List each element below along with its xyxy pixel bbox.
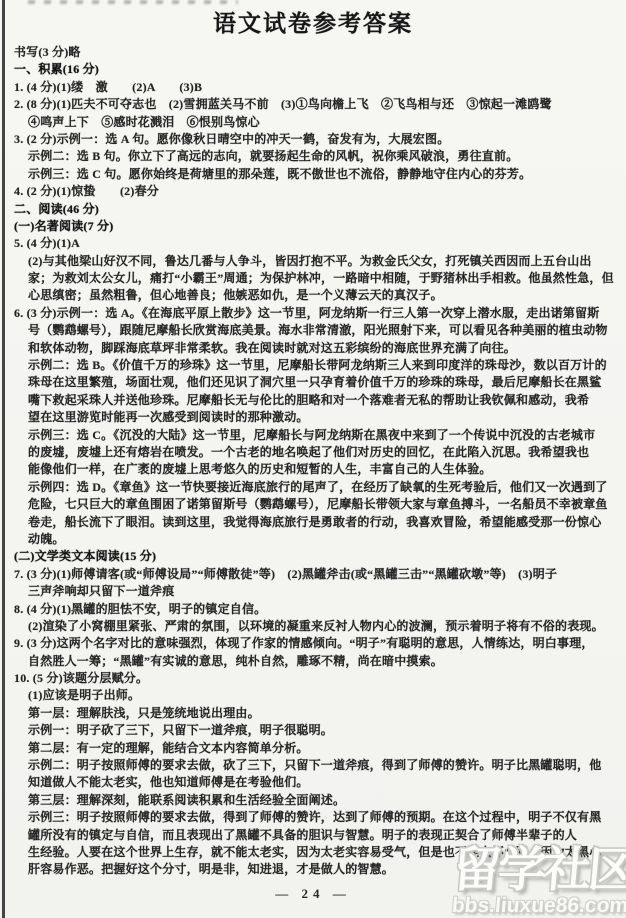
answer-line: 三声斧响却只留下一道斧痕 xyxy=(0,583,618,600)
answer-lines: 书写(3 分)略一、积累(16 分)1. (4 分)(1)缕 激 (2)A (3… xyxy=(0,44,618,879)
answer-line: 9. (3 分)这两个名字对比的意味强烈，体现了作家的情感倾向。“明子”有聪明的… xyxy=(0,635,618,652)
answer-line: 示例一：明子砍了三下，只留下一道斧痕，明子很聪明。 xyxy=(0,722,618,739)
answer-line: ④鸣声上下 ⑤感时花溅泪 ⑥恨别鸟惊心 xyxy=(0,114,618,131)
page-title: 语文试卷参考答案 xyxy=(0,5,626,38)
answer-line: 7. (3 分)(1)师傅请客(或“师傅设局”“师傅散徒”等) (2)黑罐斧击(… xyxy=(0,566,618,583)
answer-line: 望在这里游览时能再一次感受到阅读时的那种激动。 xyxy=(0,409,618,426)
answer-line: 动魄。 xyxy=(0,531,618,548)
answer-line: 自然胜人一筹；“黑罐”有实诚的意思，纯朴自然，雕琢不精，尚在暗中摸索。 xyxy=(0,653,618,670)
answer-line: 书写(3 分)略 xyxy=(0,44,618,61)
answer-line: 罐所没有的镇定与自信，而且表现出了黑罐不具备的胆识与智慧。明子的表现正契合了师傅… xyxy=(0,827,618,844)
answer-line: 和软体动物，脚踩海底草坪非常柔软。我在阅读时就对这五彩缤纷的海底世界充满了向往。 xyxy=(0,340,618,357)
answer-line: 第一层：理解肤浅，只是笼统地说出理由。 xyxy=(0,705,618,722)
answer-line: 1. (4 分)(1)缕 激 (2)A (3)B xyxy=(0,79,618,96)
answer-line: 示例四：选 D。《章鱼》这一节快要接近海底旅行的尾声了，在经历了缺氧的生死考验后… xyxy=(0,479,618,496)
answer-line: 6. (3 分)示例一：选 A。《在海底平原上散步》这一节里，阿龙纳斯一行三人第… xyxy=(0,305,618,322)
answer-line: 示例三：明子按照师傅的要求去做，得到了师傅的赞许，达到了师傅的预期。在这个过程中… xyxy=(0,809,618,826)
answer-line: 卷走，船长流下了眼泪。读到这里，我觉得海底旅行是勇敢者的行动，我喜欢冒险，希望能… xyxy=(0,514,618,531)
answer-line: (二)文学类文本阅读(15 分) xyxy=(0,548,618,565)
answer-line: 第三层：理解深刻，能联系阅读积累和生活经验全面阐述。 xyxy=(0,792,618,809)
answer-line: 示例二：明子按照师傅的要求去做，砍了三下，只留下一道斧痕，得到了师傅的赞许。明子… xyxy=(0,757,618,774)
answer-line: (一)名著阅读(7 分) xyxy=(0,218,618,235)
answer-line: (1)应该是明子出师。 xyxy=(0,687,618,704)
answer-line: 10. (5 分)该题分层赋分。 xyxy=(0,670,618,687)
answer-line: 家；为救刘太公女儿，痛打“小霸王”周通；为保护林冲，一路暗中相随，于野猪林出手相… xyxy=(0,270,618,287)
answer-line: 号（鹦鹉螺号），跟随尼摩船长欣赏海底美景。海水非常清澈，阳光照射下来，可以看见各… xyxy=(0,322,618,339)
answer-line: 的废墟，废墟上还有熔岩在喷发。一个古老的地名唤起了他们对历史的回忆，在此陷入沉思… xyxy=(0,444,618,461)
answer-line: 2. (8 分)(1)匹夫不可夺志也 (2)雪拥蓝关马不前 (3)①鸟向檐上飞 … xyxy=(0,96,618,113)
answer-line: 珠母在这里繁殖，场面壮观，他们还见识了洞穴里一只孕育着价值千万的珍珠的珠母，最后… xyxy=(0,374,618,391)
page-content: 语文试卷参考答案 书写(3 分)略一、积累(16 分)1. (4 分)(1)缕 … xyxy=(0,3,626,902)
answer-line: 4. (2 分)(1)惊蛰 (2)春分 xyxy=(0,183,618,200)
answer-line: 二、阅读(46 分) xyxy=(0,201,618,218)
answer-line: 示例二：选 B 句。你立下了高远的志向，就要扬起生命的风帆，祝你乘风破浪，勇往直… xyxy=(0,148,618,165)
answer-line: 知道做人不能太老实，他也知道师傅是在考验他们。 xyxy=(0,774,618,791)
answer-line: 5. (4 分)(1)A xyxy=(0,235,618,252)
answer-line: 第二层：有一定的理解，能结合文本内容简单分析。 xyxy=(0,740,618,757)
answer-line: 一、积累(16 分) xyxy=(0,61,618,78)
answer-line: (2)与其他梁山好汉不同，鲁达几番与人争斗，皆因打抱不平。为救金氏父女，打死镇关… xyxy=(0,253,618,270)
answer-line: 危险，七只巨大的章鱼围困了诺第留斯号（鹦鹉螺号），尼摩船长带领大家与章鱼搏斗，一… xyxy=(0,496,618,513)
watermark-brand-text: 留学社区 xyxy=(451,848,626,893)
answer-line: 3. (2 分)示例一：选 A 句。愿你像秋日晴空中的冲天一鹤，奋发有为，大展宏… xyxy=(0,131,618,148)
answer-line: 示例二：选 B。《价值千万的珍珠》这一节里，尼摩船长带阿龙纳斯三人来到印度洋的珠… xyxy=(0,357,618,374)
answer-line: 心思缜密；虽然粗鲁，但心地善良；他嫉恶如仇，是一个义薄云天的真汉子。 xyxy=(0,287,618,304)
answer-line: (2)渲染了小窝棚里紧张、严肃的氛围，以环境的凝重来反衬人物内心的波澜，预示着明… xyxy=(0,618,618,635)
answer-line: 示例三：选 C。《沉没的大陆》这一节里，尼摩船长与阿龙纳斯在黑夜中来到了一个传说… xyxy=(0,427,618,444)
answer-line: 示例三：选 C 句。愿你始终是荷塘里的那朵莲，既不傲世也不流俗，静静地守住内心的… xyxy=(0,166,618,183)
scanned-answer-page: 语文试卷参考答案 书写(3 分)略一、积累(16 分)1. (4 分)(1)缕 … xyxy=(0,0,626,918)
watermark: 留学社区 bbs.liuxue86.com xyxy=(449,848,626,918)
watermark-site-url: bbs.liuxue86.com xyxy=(449,894,626,918)
answer-line: 8. (4 分)(1)黑罐的胆怯不安，明子的镇定自信。 xyxy=(0,601,618,618)
answer-line: 嘴下救起采珠人并送他珍珠。尼摩船长无与伦比的胆略和对一个落难者无私的帮助让我钦佩… xyxy=(0,392,618,409)
answer-line: 能像他们一样，在广袤的废墟上思考悠久的历史和短暂的人生，丰富自己的人生体验。 xyxy=(0,461,618,478)
